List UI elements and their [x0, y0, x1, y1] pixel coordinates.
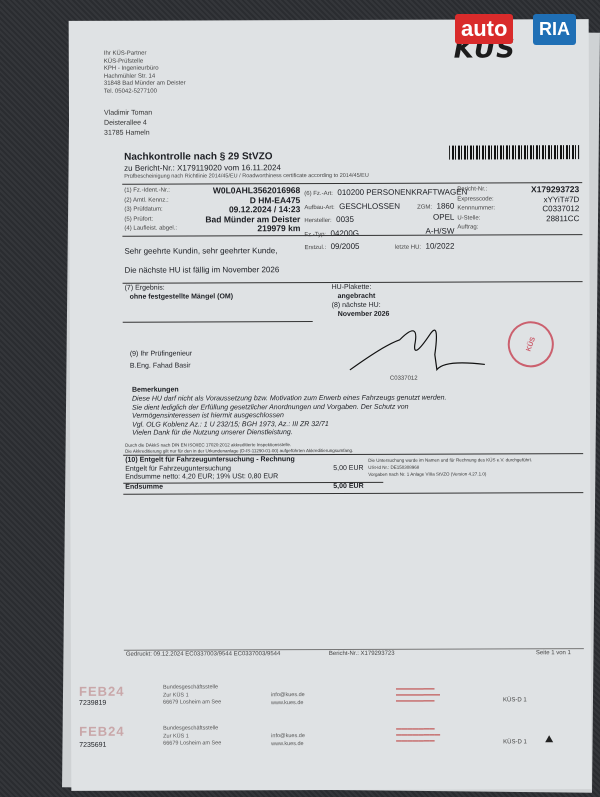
inspection-document: Ihr KÜS-Partner KÜS-Prüfstelle KPH - Ing…	[69, 19, 592, 791]
zgm-value: 1860	[436, 201, 454, 210]
recipient-city: 31785 Hameln	[104, 129, 152, 139]
expresscode-value: xYYiT#7D	[544, 195, 580, 205]
remark-line: Vielen Dank für die Nutzung unserer Dien…	[132, 429, 447, 439]
examiner-label: (9) Ihr Prüfingenieur	[130, 350, 192, 357]
page-indicator: Seite 1 von 1	[536, 650, 571, 656]
print-info: Gedruckt: 09.12.2024 EC0337003/9544 EC03…	[126, 651, 280, 658]
vehicle-type-value: 010200 PERSONENKRAFTWAGEN	[337, 188, 467, 197]
mileage-value: 219979 km	[257, 224, 300, 234]
form-web: info@kues.de www.kues.de	[271, 732, 305, 748]
plakette-label: HU-Plakette:	[332, 284, 372, 291]
barcode	[449, 145, 579, 159]
watermark-ria: RIA	[533, 14, 576, 45]
body-type-value: GESCHLOSSEN	[339, 201, 400, 210]
field-label: Kennnummer:	[457, 204, 495, 214]
stamp-text: KÜS	[525, 336, 537, 352]
field-label: (6) Fz.-Art:	[304, 191, 333, 197]
document-title: Nachkontrolle nach § 29 StVZO	[124, 151, 272, 163]
manufacturer-value: OPEL	[433, 213, 454, 227]
billing-title: (10) Entgelt für Fahrzeuguntersuchung - …	[125, 456, 295, 464]
field-label: Bericht-Nr.:	[457, 185, 487, 195]
field-label: (3) Prüfdatum:	[124, 206, 162, 216]
form-office: Bundesgeschäftsstelle Zur KÜS 1 66679 Lo…	[163, 725, 221, 748]
email-text: info@kues.de	[271, 732, 305, 740]
field-label: Aufbau-Art:	[304, 204, 334, 210]
office-line: 66679 Losheim am See	[163, 740, 221, 748]
form-number: 7235691	[79, 742, 106, 749]
office-line: Bundesgeschäftsstelle	[163, 684, 221, 692]
form-web: info@kues.de www.kues.de	[271, 691, 305, 707]
office-line: Bundesgeschäftsstelle	[163, 725, 221, 733]
field-label: U-Stelle:	[457, 214, 480, 224]
billing-net-label: Endsumme netto: 4,20 EUR; 19% USt: 0,80 …	[125, 473, 278, 481]
report-number-value: X179293723	[531, 185, 579, 195]
triangle-mark-icon	[545, 735, 553, 742]
examiner-name: B.Eng. Fahad Basir	[130, 362, 191, 369]
billing-note: Die Untersuchung wurde im Namen und für …	[368, 456, 532, 478]
field-label: Erstzul.:	[304, 245, 326, 251]
print-report-number: Bericht-Nr.: X179293723	[329, 651, 395, 657]
billing-fee-amount: 5,00 EUR	[333, 465, 363, 472]
official-stamp: KÜS	[501, 315, 560, 374]
email-text: info@kues.de	[271, 691, 305, 699]
recipient-address: Vladimir Toman Deisterallee 4 31785 Hame…	[104, 109, 152, 139]
billing-note-line: Die Untersuchung wurde im Namen und für …	[368, 456, 532, 464]
model-code: 04200G	[331, 228, 360, 237]
field-label: (5) Prüfort:	[124, 215, 153, 225]
field-label: Expresscode:	[457, 195, 493, 205]
last-hu-value: 10/2022	[426, 242, 455, 251]
field-label: (1) Fz.-Ident.-Nr.:	[124, 187, 170, 197]
billing-total-amount: 5,00 EUR	[333, 483, 363, 490]
sender-block: Ihr KÜS-Partner KÜS-Prüfstelle KPH - Ing…	[104, 51, 186, 96]
document-subtitle: Prüfbescheinigung nach Richtlinie 2014/4…	[124, 173, 369, 180]
autoria-watermark: auto RIA	[455, 10, 595, 52]
website-text: www.kues.de	[271, 699, 305, 707]
report-reference: zu Bericht-Nr.: X179119020 vom 16.11.202…	[124, 163, 281, 173]
form-red-print: ▬▬▬▬▬▬▬▬▬▬▬▬▬▬▬▬▬▬▬▬▬▬	[396, 686, 440, 704]
recipient-street: Deisterallee 4	[104, 119, 152, 129]
examiner-code: C0337012	[390, 376, 418, 382]
vehicle-fields-right: Bericht-Nr.:X179293723 Expresscode:xYYiT…	[457, 185, 579, 233]
billing-note-line: Vorgaben nach Nr. 1 Anlage VIIIa StVZO (…	[368, 470, 532, 478]
signature	[345, 314, 495, 375]
vehicle-fields-left: (1) Fz.-Ident.-Nr.:W0L0AHL3562016968 (2)…	[124, 186, 300, 234]
website-text: www.kues.de	[271, 740, 305, 748]
manufacturer-code: 0035	[336, 215, 354, 224]
result-label: (7) Ergebnis:	[125, 285, 165, 292]
form-code: KÜS-D 1	[503, 697, 527, 703]
field-label: Auftrag:	[457, 223, 478, 233]
first-registration-value: 09/2005	[331, 242, 360, 251]
form-logo: FEB24	[79, 684, 125, 699]
field-label: (2) Amtl. Kennz.:	[124, 196, 168, 206]
remarks-text: Diese HU darf nicht als Voraussetzung bz…	[132, 395, 447, 439]
sender-line: 31848 Bad Münder am Deister	[104, 81, 186, 89]
form-number: 7239819	[79, 700, 106, 707]
plakette-value: angebracht	[338, 293, 376, 300]
next-hu-notice: Die nächste HU ist fällig im November 20…	[125, 265, 280, 275]
result-value: ohne festgestellte Mängel (OM)	[130, 293, 233, 300]
remark-line: Sie dient lediglich der Erfüllung gesetz…	[132, 403, 447, 413]
model-variant: A-H/SW	[425, 226, 454, 240]
billing-fee-label: Entgelt für Fahrzeuguntersuchung	[125, 465, 231, 472]
vehicle-fields-mid: (6) Fz.-Art: 010200 PERSONENKRAFTWAGEN A…	[304, 186, 454, 254]
remarks-title: Bemerkungen	[132, 387, 179, 394]
field-label: (4) Laufleist. abgel.:	[124, 225, 177, 235]
sender-line: Tel. 05042-5277100	[104, 88, 186, 96]
form-code: KÜS-D 1	[503, 739, 527, 745]
id-number-value: C0337012	[542, 204, 579, 214]
accreditation-note: Durch die DAkkS nach DIN EN ISO/IEC 1702…	[125, 442, 353, 455]
next-hu-label: (8) nächste HU:	[332, 302, 381, 309]
form-logo: FEB24	[79, 724, 125, 739]
watermark-auto: auto	[455, 14, 513, 44]
billing-total-label: Endsumme	[125, 484, 163, 491]
recipient-name: Vladimir Toman	[104, 109, 152, 119]
office-line: 66679 Losheim am See	[163, 699, 221, 707]
greeting: Sehr geehrte Kundin, sehr geehrter Kunde…	[124, 246, 277, 256]
station-value: 28811CC	[546, 214, 579, 224]
field-label: ZGM:	[417, 204, 432, 210]
form-red-print: ▬▬▬▬▬▬▬▬▬▬▬▬▬▬▬▬▬▬▬▬▬▬	[396, 726, 440, 744]
field-label: letzte HU:	[395, 245, 421, 251]
form-office: Bundesgeschäftsstelle Zur KÜS 1 66679 Lo…	[163, 684, 221, 707]
